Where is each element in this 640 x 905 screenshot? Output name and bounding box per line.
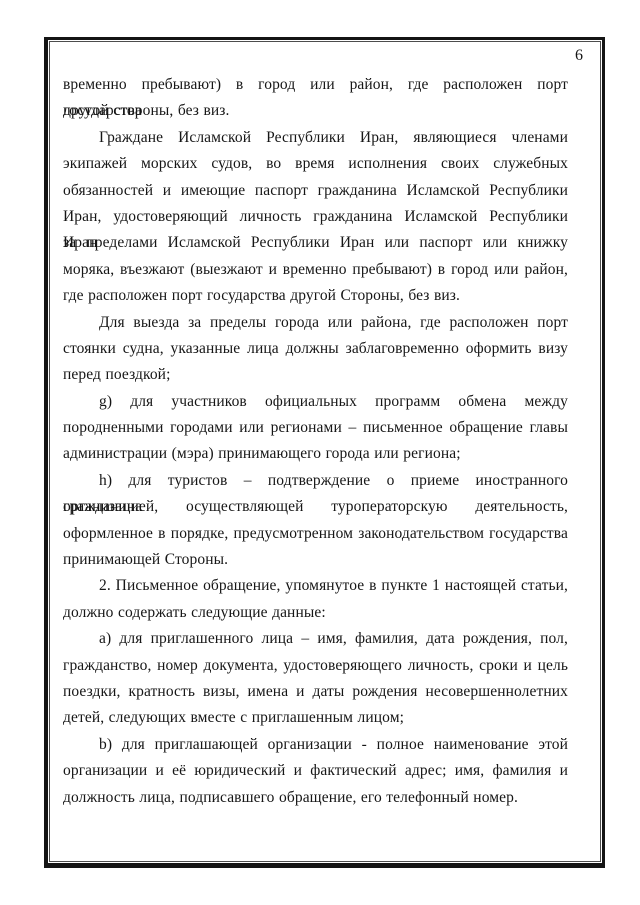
text-line: поездки, кратность визы, имена и даты ро… (63, 679, 568, 705)
paragraph: временно пребывают) в город или район, г… (63, 72, 568, 125)
text-line: организацией, осуществляющей туроператор… (63, 494, 568, 520)
paragraph: g) для участников официальных программ о… (63, 389, 568, 468)
text-line: детей, следующих вместе с приглашенным л… (63, 705, 568, 731)
text-line: b) для приглашающей организации - полное… (63, 732, 568, 758)
text-line: должно содержать следующие данные: (63, 600, 568, 626)
paragraph: b) для приглашающей организации - полное… (63, 732, 568, 811)
text-line: породненными городами или регионами – пи… (63, 415, 568, 441)
text-line: гражданство, номер документа, удостоверя… (63, 653, 568, 679)
text-line: должность лица, подписавшего обращение, … (63, 785, 568, 811)
document-page: 6 временно пребывают) в город или район,… (0, 0, 640, 905)
text-line: другой стороны, без виз. (63, 98, 568, 124)
text-line: где расположен порт государства другой С… (63, 283, 568, 309)
paragraph: h) для туристов – подтверждение о приеме… (63, 468, 568, 574)
text-line: g) для участников официальных программ о… (63, 389, 568, 415)
text-line: моряка, въезжают (выезжают и временно пр… (63, 257, 568, 283)
text-line: стоянки судна, указанные лица должны заб… (63, 336, 568, 362)
text-line: Иран, удостоверяющий личность гражданина… (63, 204, 568, 230)
text-line: организации и её юридический и фактическ… (63, 758, 568, 784)
document-text: временно пребывают) в город или район, г… (63, 72, 568, 811)
text-line: временно пребывают) в город или район, г… (63, 72, 568, 98)
text-line: Для выезда за пределы города или района,… (63, 310, 568, 336)
text-line: перед поездкой; (63, 362, 568, 388)
text-line: a) для приглашенного лица – имя, фамилия… (63, 626, 568, 652)
text-line: 2. Письменное обращение, упомянутое в пу… (63, 573, 568, 599)
text-line: оформленное в порядке, предусмотренном з… (63, 521, 568, 547)
text-line: h) для туристов – подтверждение о приеме… (63, 468, 568, 494)
page-number: 6 (575, 47, 583, 65)
paragraph: a) для приглашенного лица – имя, фамилия… (63, 626, 568, 732)
paragraph: Граждане Исламской Республики Иран, явля… (63, 125, 568, 310)
text-line: обязанностей и имеющие паспорт гражданин… (63, 178, 568, 204)
paragraph: 2. Письменное обращение, упомянутое в пу… (63, 573, 568, 626)
text-line: экипажей морских судов, во время исполне… (63, 151, 568, 177)
text-line: Граждане Исламской Республики Иран, явля… (63, 125, 568, 151)
paragraph: Для выезда за пределы города или района,… (63, 310, 568, 389)
page-frame: 6 временно пребывают) в город или район,… (44, 37, 605, 868)
text-line: за пределами Исламской Республики Иран и… (63, 230, 568, 256)
text-line: принимающей Стороны. (63, 547, 568, 573)
text-line: администрации (мэра) принимающего города… (63, 441, 568, 467)
